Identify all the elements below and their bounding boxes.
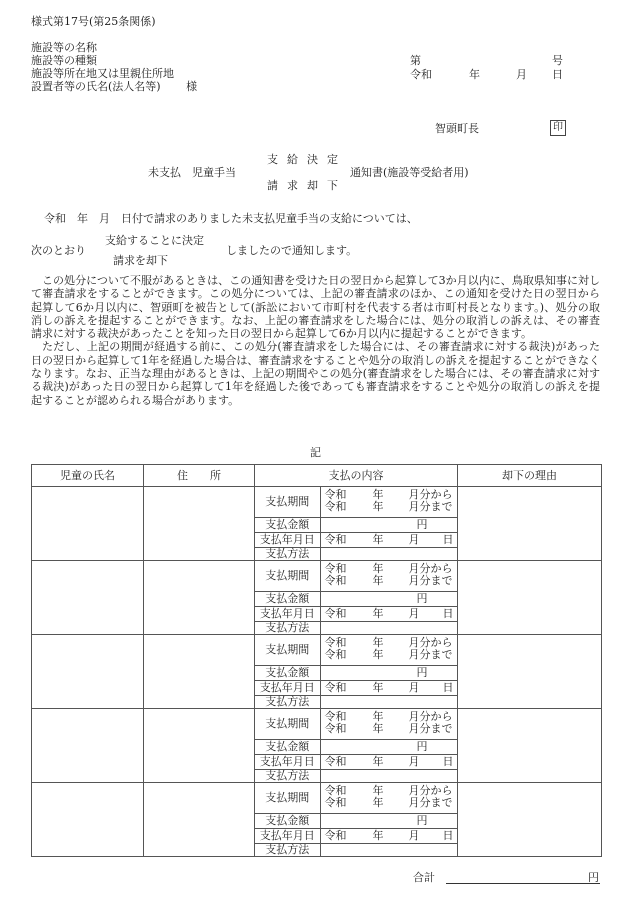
- method-label: 支払方法: [255, 621, 320, 634]
- issue-date: 令和 年 月 日: [410, 68, 562, 82]
- method-value[interactable]: [320, 547, 457, 560]
- address-cell[interactable]: [144, 487, 255, 561]
- period-value[interactable]: 令和 年 月分から 令和 年 月分まで: [320, 561, 457, 591]
- pay-date-value[interactable]: 令和 年 月 日: [320, 680, 457, 695]
- pay-date-value[interactable]: 令和 年 月 日: [320, 828, 457, 843]
- amount-value[interactable]: 円: [320, 591, 457, 606]
- amount-value[interactable]: 円: [320, 665, 457, 680]
- period-value[interactable]: 令和 年 月分から 令和 年 月分まで: [320, 487, 457, 517]
- rejection-reason-cell[interactable]: [458, 635, 602, 709]
- amount-label: 支払金額: [255, 813, 320, 828]
- period-label: 支払期間: [255, 783, 320, 813]
- document-number: 第 号: [410, 54, 562, 68]
- seal-mark: 印: [550, 120, 566, 136]
- pay-date-value[interactable]: 令和 年 月 日: [320, 606, 457, 621]
- period-value[interactable]: 令和 年 月分から 令和 年 月分まで: [320, 635, 457, 665]
- period-value[interactable]: 令和 年 月分から 令和 年 月分まで: [320, 783, 457, 813]
- title-right: 通知書(施設等受給者用): [350, 166, 469, 179]
- pay-date-value[interactable]: 令和 年 月 日: [320, 754, 457, 769]
- total-unit: 円: [588, 871, 599, 884]
- table-header-row: 児童の氏名 住 所 支払の内容 却下の理由: [32, 465, 602, 487]
- title-left: 未支払 児童手当: [148, 166, 236, 179]
- payment-details-cell: 支払期間 令和 年 月分から 令和 年 月分まで 支払金額 円: [255, 709, 458, 783]
- notice-paragraph-1: この処分について不服があるときは、この通知書を受けた日の翌日から起算して3か月以…: [31, 274, 600, 340]
- header-address: 住 所: [144, 465, 255, 487]
- ki-heading: 記: [310, 446, 321, 459]
- child-name-cell[interactable]: [32, 487, 144, 561]
- child-name-cell[interactable]: [32, 635, 144, 709]
- pay-date-label: 支払年月日: [255, 754, 320, 769]
- rejection-reason-cell[interactable]: [458, 561, 602, 635]
- table-row: 支払期間 令和 年 月分から 令和 年 月分まで 支払金額 円: [32, 635, 602, 709]
- payment-table: 児童の氏名 住 所 支払の内容 却下の理由 支払期間 令和 年 月分から 令和 …: [31, 464, 602, 857]
- payment-details-cell: 支払期間 令和 年 月分から 令和 年 月分まで 支払金額 円: [255, 635, 458, 709]
- total-label: 合計: [413, 871, 435, 884]
- method-value[interactable]: [320, 621, 457, 634]
- rejection-reason-cell[interactable]: [458, 487, 602, 561]
- method-label: 支払方法: [255, 695, 320, 708]
- address-cell[interactable]: [144, 783, 255, 857]
- amount-label: 支払金額: [255, 739, 320, 754]
- issuer-title: 智頭町長: [435, 122, 479, 135]
- addressee-block: 施設等の名称 施設等の種類 施設等所在地又は里親住所地 設置者等の氏名(法人名等…: [31, 41, 197, 93]
- amount-label: 支払金額: [255, 665, 320, 680]
- pay-date-label: 支払年月日: [255, 606, 320, 621]
- period-label: 支払期間: [255, 561, 320, 591]
- address-cell[interactable]: [144, 561, 255, 635]
- facility-address-label: 施設等所在地又は里親住所地: [31, 67, 197, 80]
- title-option-reject: 請求却下: [267, 179, 347, 192]
- amount-label: 支払金額: [255, 591, 320, 606]
- method-value[interactable]: [320, 695, 457, 708]
- period-value[interactable]: 令和 年 月分から 令和 年 月分まで: [320, 709, 457, 739]
- header-rejection-reason: 却下の理由: [458, 465, 602, 487]
- intro-prefix: 次のとおり: [31, 244, 86, 257]
- table-row: 支払期間 令和 年 月分から 令和 年 月分まで 支払金額 円: [32, 709, 602, 783]
- address-cell[interactable]: [144, 635, 255, 709]
- table-row: 支払期間 令和 年 月分から 令和 年 月分まで 支払金額 円: [32, 783, 602, 857]
- method-label: 支払方法: [255, 547, 320, 560]
- notice-paragraph-2: ただし、上記の期間が経過する前に、この処分(審査請求をした場合には、その審査請求…: [31, 340, 600, 406]
- rejection-reason-cell[interactable]: [458, 709, 602, 783]
- form-number: 様式第17号(第25条関係): [31, 15, 156, 28]
- payment-details-subtable: 支払期間 令和 年 月分から 令和 年 月分まで 支払金額 円: [255, 635, 457, 708]
- founder-name-label: 設置者等の氏名(法人名等) 様: [31, 80, 197, 93]
- total-input-line[interactable]: [446, 883, 600, 884]
- pay-date-value[interactable]: 令和 年 月 日: [320, 532, 457, 547]
- address-cell[interactable]: [144, 709, 255, 783]
- payment-details-cell: 支払期間 令和 年 月分から 令和 年 月分まで 支払金額 円: [255, 783, 458, 857]
- child-name-cell[interactable]: [32, 783, 144, 857]
- method-value[interactable]: [320, 769, 457, 782]
- payment-details-subtable: 支払期間 令和 年 月分から 令和 年 月分まで 支払金額 円: [255, 709, 457, 782]
- method-label: 支払方法: [255, 843, 320, 856]
- intro-option-reject: 請求を却下: [113, 254, 168, 267]
- intro-line: 令和 年 月 日付で請求のありました未支払児童手当の支給については、: [44, 212, 418, 225]
- period-label: 支払期間: [255, 487, 320, 517]
- appeal-notice: この処分について不服があるときは、この通知書を受けた日の翌日から起算して3か月以…: [31, 274, 600, 407]
- document-title: 未支払 児童手当 支給決定 請求却下 通知書(施設等受給者用): [0, 150, 630, 190]
- header-child-name: 児童の氏名: [32, 465, 144, 487]
- period-label: 支払期間: [255, 709, 320, 739]
- document-number-date: 第 号 令和 年 月 日: [410, 54, 562, 82]
- payment-details-cell: 支払期間 令和 年 月分から 令和 年 月分まで 支払金額 円: [255, 561, 458, 635]
- method-label: 支払方法: [255, 769, 320, 782]
- table-row: 支払期間 令和 年 月分から 令和 年 月分まで 支払金額 円: [32, 487, 602, 561]
- pay-date-label: 支払年月日: [255, 532, 320, 547]
- method-value[interactable]: [320, 843, 457, 856]
- intro-suffix: しましたので通知します。: [226, 244, 357, 257]
- title-option-decision: 支給決定: [267, 153, 347, 166]
- rejection-reason-cell[interactable]: [458, 783, 602, 857]
- pay-date-label: 支払年月日: [255, 828, 320, 843]
- pay-date-label: 支払年月日: [255, 680, 320, 695]
- payment-details-subtable: 支払期間 令和 年 月分から 令和 年 月分まで 支払金額 円: [255, 783, 457, 856]
- period-label: 支払期間: [255, 635, 320, 665]
- amount-value[interactable]: 円: [320, 813, 457, 828]
- child-name-cell[interactable]: [32, 709, 144, 783]
- child-name-cell[interactable]: [32, 561, 144, 635]
- intro-option-decision: 支給することに決定: [105, 234, 204, 247]
- amount-value[interactable]: 円: [320, 517, 457, 532]
- payment-details-cell: 支払期間 令和 年 月分から 令和 年 月分まで 支払金額 円: [255, 487, 458, 561]
- payment-details-subtable: 支払期間 令和 年 月分から 令和 年 月分まで 支払金額 円: [255, 561, 457, 634]
- amount-value[interactable]: 円: [320, 739, 457, 754]
- facility-name-label: 施設等の名称: [31, 41, 197, 54]
- facility-type-label: 施設等の種類: [31, 54, 197, 67]
- header-payment-details: 支払の内容: [255, 465, 458, 487]
- amount-label: 支払金額: [255, 517, 320, 532]
- payment-details-subtable: 支払期間 令和 年 月分から 令和 年 月分まで 支払金額 円: [255, 487, 457, 560]
- table-row: 支払期間 令和 年 月分から 令和 年 月分まで 支払金額 円: [32, 561, 602, 635]
